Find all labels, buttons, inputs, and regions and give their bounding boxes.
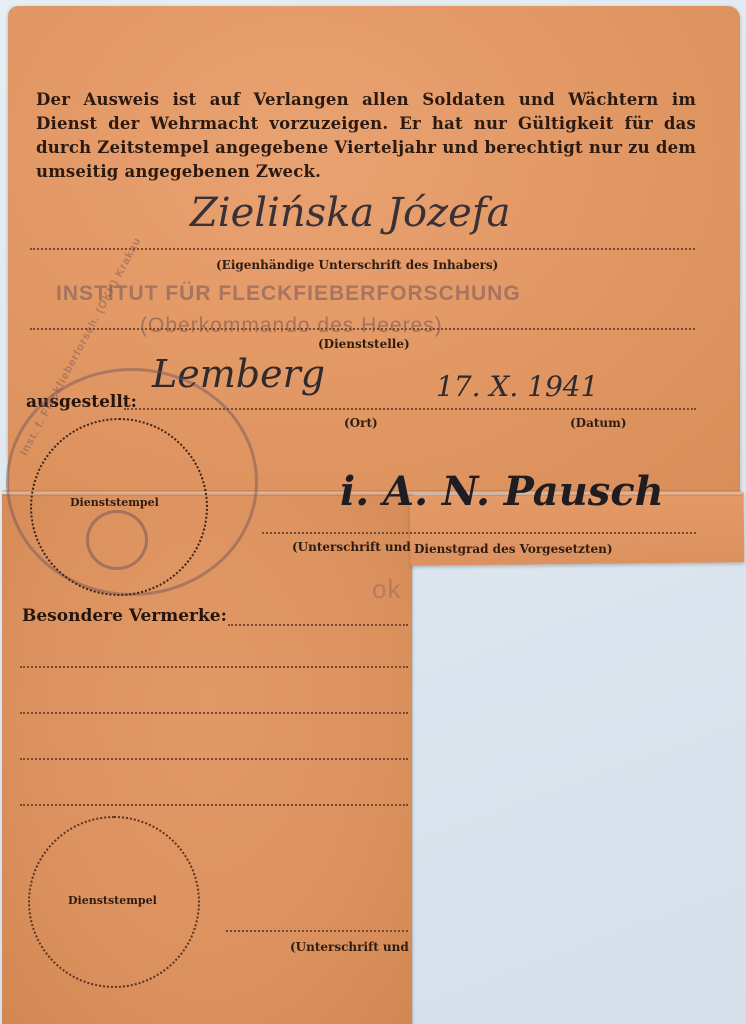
remarks-line-4 xyxy=(20,758,408,760)
superior-signature: i. A. N. Pausch xyxy=(340,468,664,515)
superior-signature-line xyxy=(262,532,696,534)
eagle-emblem-icon xyxy=(86,510,148,570)
signature-caption-2: (Unterschrift und xyxy=(290,940,409,954)
superior-caption-part2: Dienstgrad des Vorgesetzten) xyxy=(414,542,613,556)
stamp-caption-1: Dienststempel xyxy=(70,496,159,509)
holder-signature-caption: (Eigenhändige Unterschrift des Inhabers) xyxy=(216,258,498,272)
remarks-label: Besondere Vermerke: xyxy=(22,606,227,626)
office-stamp-line2: (Oberkommando des Heeres) xyxy=(140,314,443,338)
stamp-caption-2: Dienststempel xyxy=(68,894,157,907)
issued-date: 17. X. 1941 xyxy=(436,370,598,403)
office-line xyxy=(30,328,695,330)
office-caption: (Dienststelle) xyxy=(318,337,410,351)
holder-signature: Zielińska Józefa xyxy=(190,190,510,236)
remarks-line-1 xyxy=(228,624,408,626)
remarks-line-2 xyxy=(20,666,408,668)
notice-paragraph: Der Ausweis ist auf Verlangen allen Sold… xyxy=(36,88,696,184)
place-caption: (Ort) xyxy=(344,416,378,430)
office-stamp-line1: INSTITUT FÜR FLECKFIEBERFORSCHUNG xyxy=(56,282,521,306)
remarks-line-3 xyxy=(20,712,408,714)
remarks-line-5 xyxy=(20,804,408,806)
signature-line-2 xyxy=(226,930,408,932)
faint-stamp-fragment: ok xyxy=(372,574,401,605)
superior-caption-part1: (Unterschrift und xyxy=(292,540,411,554)
date-caption: (Datum) xyxy=(570,416,627,430)
